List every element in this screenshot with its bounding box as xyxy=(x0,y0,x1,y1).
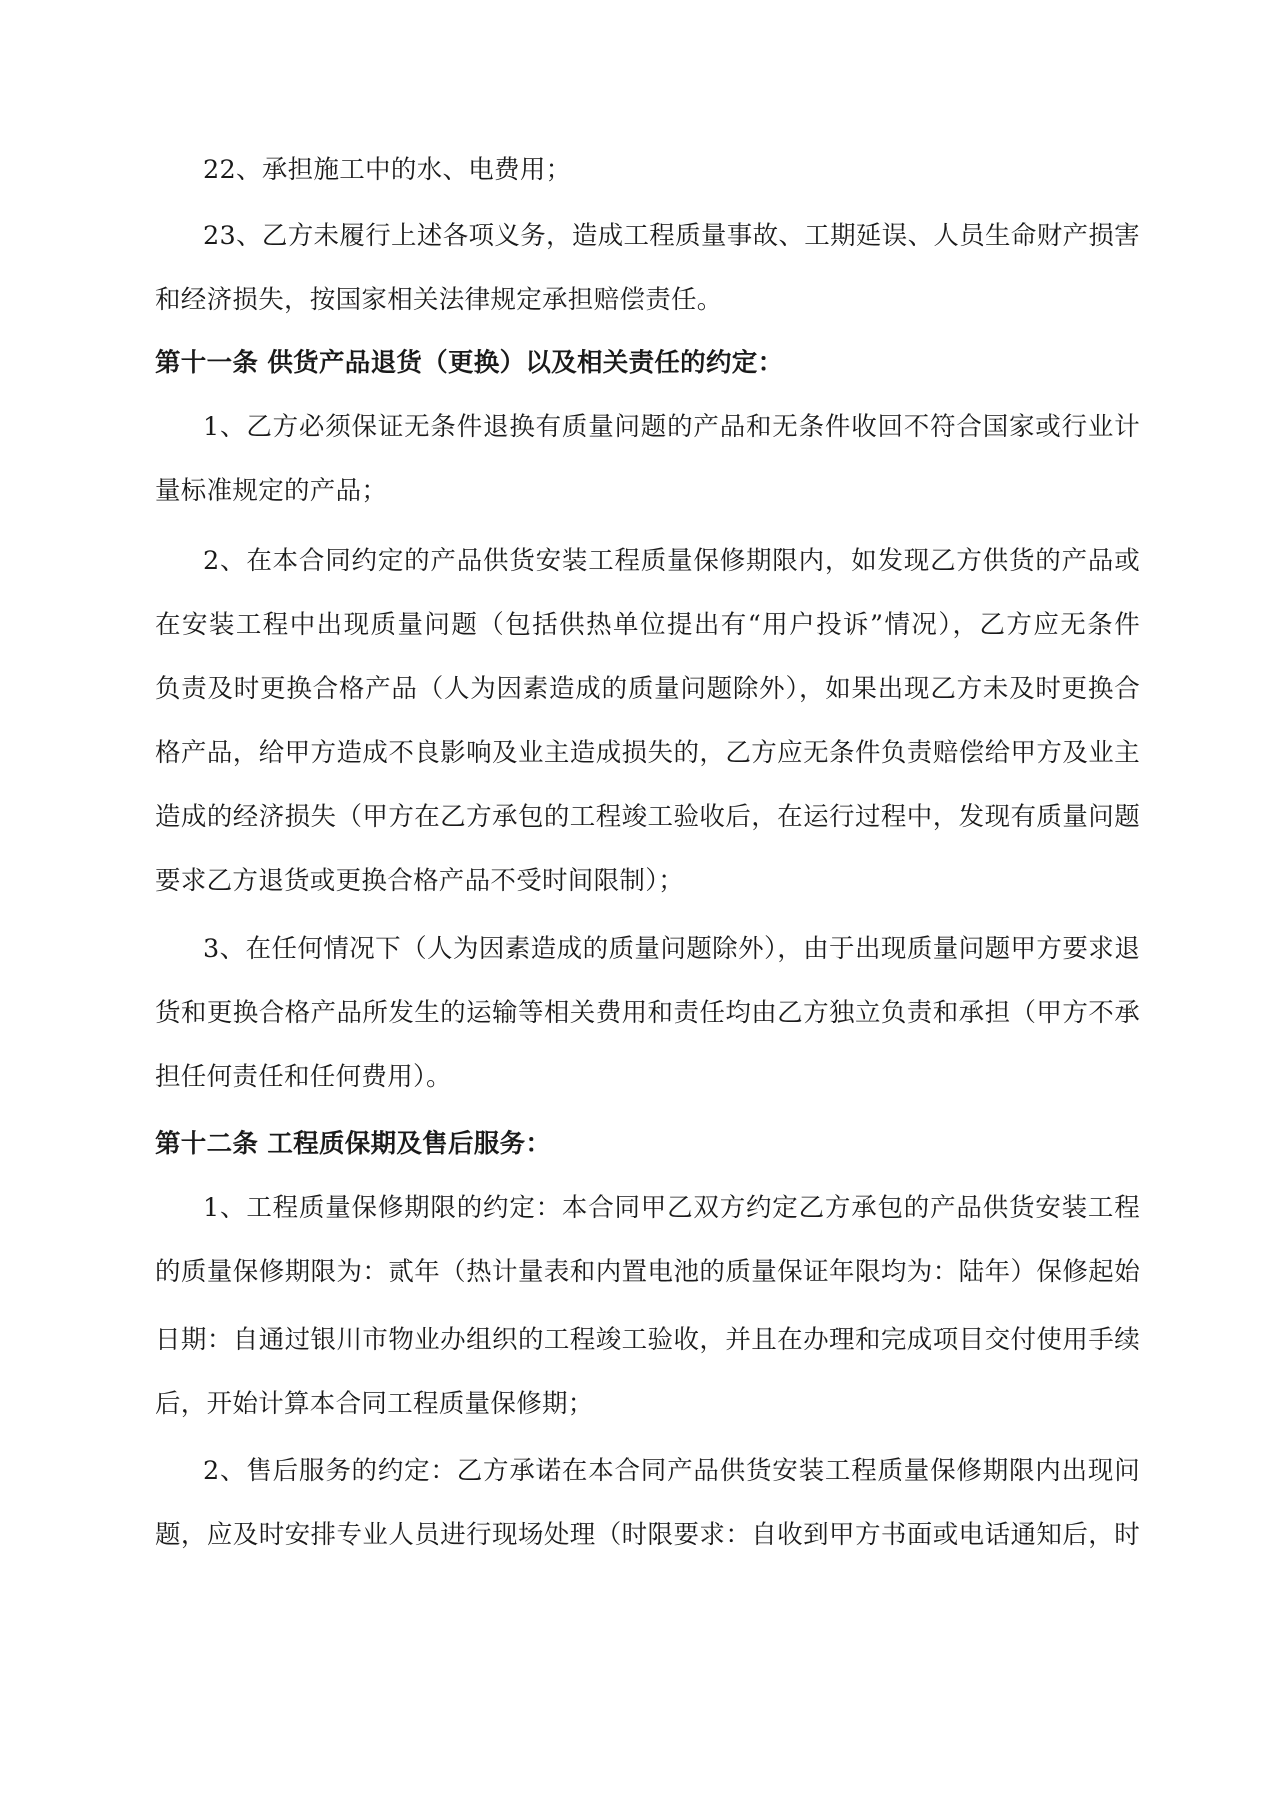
article-12-item-1-line-1: 1、工程质量保修期限的约定：本合同甲乙双方约定乙方承包的产品供货安装工程 xyxy=(203,1188,1140,1228)
article-12-item-1-line-4: 后，开始计算本合同工程质量保修期； xyxy=(155,1384,1140,1424)
article-11-item-2-line-4: 格产品，给甲方造成不良影响及业主造成损失的，乙方应无条件负责赔偿给甲方及业主 xyxy=(155,733,1140,773)
article-12-item-2-line-1: 2、售后服务的约定：乙方承诺在本合同产品供货安装工程质量保修期限内出现问 xyxy=(203,1451,1140,1491)
document-page: 22、承担施工中的水、电费用； 23、乙方未履行上述各项义务，造成工程质量事故、… xyxy=(0,0,1280,1810)
article-11-heading: 第十一条 供货产品退货（更换）以及相关责任的约定： xyxy=(155,343,1140,383)
clause-22: 22、承担施工中的水、电费用； xyxy=(203,150,1140,190)
article-12-item-1-line-2: 的质量保修期限为：贰年（热计量表和内置电池的质量保证年限均为：陆年）保修起始 xyxy=(155,1252,1140,1292)
article-11-item-3-line-1: 3、在任何情况下（人为因素造成的质量问题除外），由于出现质量问题甲方要求退 xyxy=(203,929,1140,969)
article-11-item-2-line-6: 要求乙方退货或更换合格产品不受时间限制）； xyxy=(155,861,1140,901)
clause-23-line-2: 和经济损失，按国家相关法律规定承担赔偿责任。 xyxy=(155,280,1140,320)
article-12-item-2-line-2: 题，应及时安排专业人员进行现场处理（时限要求：自收到甲方书面或电话通知后，时 xyxy=(155,1515,1140,1555)
article-12-heading: 第十二条 工程质保期及售后服务： xyxy=(155,1124,1140,1164)
article-12-item-1-line-3: 日期：自通过银川市物业办组织的工程竣工验收，并且在办理和完成项目交付使用手续 xyxy=(155,1320,1140,1360)
article-11-item-2-line-1: 2、在本合同约定的产品供货安装工程质量保修期限内，如发现乙方供货的产品或 xyxy=(203,541,1140,581)
clause-23-line-1: 23、乙方未履行上述各项义务，造成工程质量事故、工期延误、人员生命财产损害 xyxy=(203,216,1140,256)
article-11-item-2-line-3: 负责及时更换合格产品（人为因素造成的质量问题除外），如果出现乙方未及时更换合 xyxy=(155,669,1140,709)
article-11-item-1-line-1: 1、乙方必须保证无条件退换有质量问题的产品和无条件收回不符合国家或行业计 xyxy=(203,407,1140,447)
article-11-item-2-line-5: 造成的经济损失（甲方在乙方承包的工程竣工验收后，在运行过程中，发现有质量问题 xyxy=(155,797,1140,837)
article-11-item-1-line-2: 量标准规定的产品； xyxy=(155,471,1140,511)
article-11-item-3-line-3: 担任何责任和任何费用）。 xyxy=(155,1057,1140,1097)
article-11-item-3-line-2: 货和更换合格产品所发生的运输等相关费用和责任均由乙方独立负责和承担（甲方不承 xyxy=(155,993,1140,1033)
article-11-item-2-line-2: 在安装工程中出现质量问题（包括供热单位提出有“用户投诉”情况），乙方应无条件 xyxy=(155,605,1140,645)
